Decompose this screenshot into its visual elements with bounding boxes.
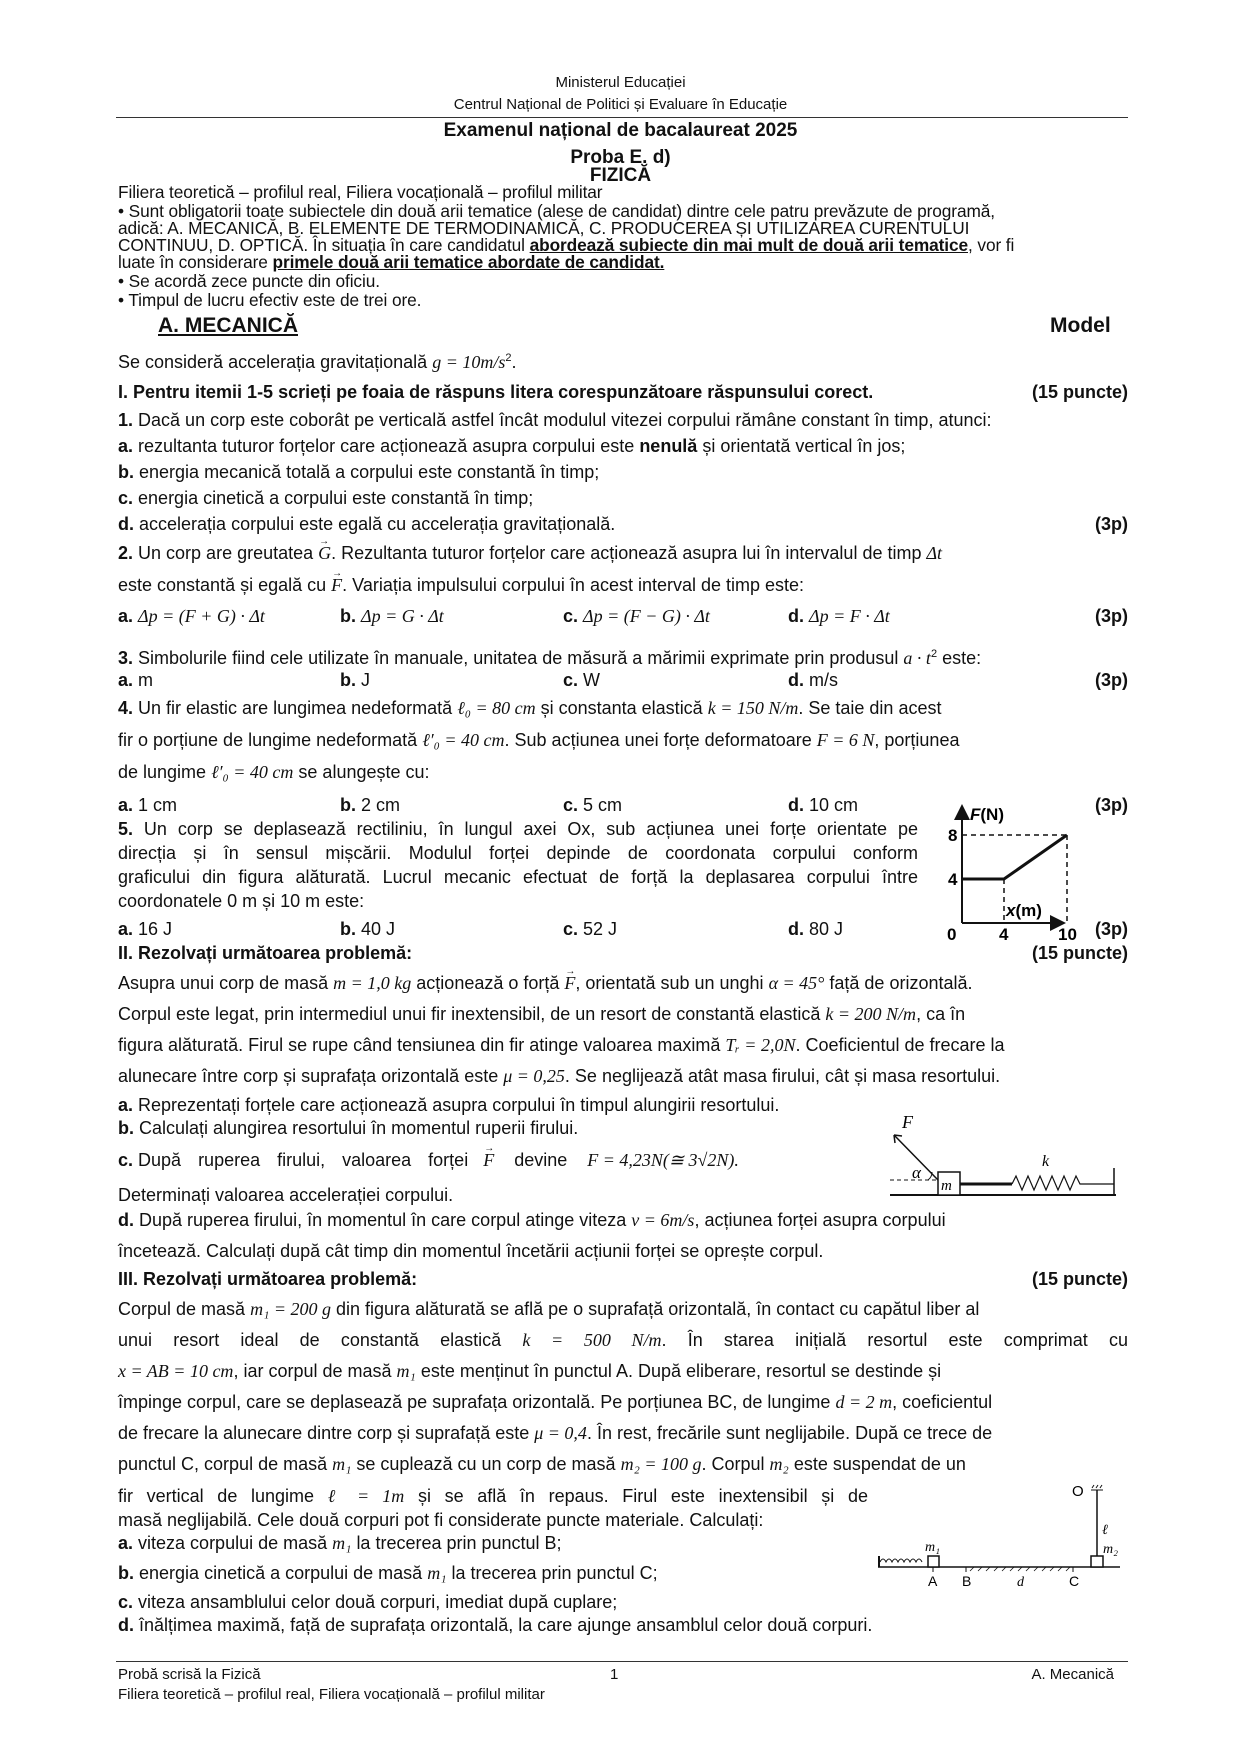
item-text: energia cinetică a corpului de masă: [139, 1563, 422, 1583]
option-letter: a.: [118, 436, 133, 456]
part-heading-text: Rezolvați următoarea problemă:: [143, 1269, 417, 1289]
p2-item-c: c. După ruperea firului, valoarea forței…: [118, 1150, 858, 1170]
m2-label: m₂: [1103, 1542, 1118, 1557]
option-letter: c.: [118, 488, 133, 508]
option-text: energia cinetică a corpului este constan…: [138, 488, 533, 508]
force-formula: F = 6 N: [817, 730, 875, 750]
p3-intro-4: împinge corpul, care se deplasează pe su…: [118, 1392, 1128, 1412]
option-text: W: [583, 670, 600, 690]
part-heading-text: Rezolvați următoarea problemă:: [138, 943, 412, 963]
profile-line: Filiera teoretică – profilul real, Filie…: [118, 184, 1128, 201]
option-letter: b.: [118, 462, 134, 482]
given-text: Se consideră accelerația gravitațională: [118, 352, 427, 372]
part-points: (15 puncte): [1032, 943, 1128, 963]
q1-option-b: b. energia mecanică totală a corpului es…: [118, 462, 1128, 482]
problem-text: și se află în repaus. Firul este inexten…: [418, 1486, 868, 1506]
mass-symbol: m₁: [332, 1454, 351, 1474]
mass-symbol: m₁: [427, 1563, 446, 1583]
problem-text: de frecare la alunecare dintre corp și s…: [118, 1423, 529, 1443]
p2-intro-1: Asupra unui corp de masă m = 1,0 kg acți…: [118, 973, 1128, 993]
point-C-label: C: [1069, 1573, 1079, 1589]
item-text: , acțiunea forței asupra corpului: [694, 1210, 945, 1230]
question-points: (3p): [1095, 670, 1128, 690]
option-text: m/s: [809, 670, 838, 690]
exam-title: Examenul național de bacalaureat 2025: [0, 121, 1241, 140]
question-points: (3p): [1095, 795, 1128, 815]
option-letter: d.: [788, 670, 804, 690]
header-divider: [116, 117, 1128, 118]
rules-emphasis: primele două arii tematice abordate de c…: [273, 252, 665, 272]
question-text: este constantă și egală cu: [118, 575, 326, 595]
model-tag: Model: [1050, 314, 1111, 338]
q1-option-c: c. energia cinetică a corpului este cons…: [118, 488, 1128, 508]
q3-text: 3. Simbolurile fiind cele utilizate în m…: [118, 644, 1128, 668]
length-formula: ℓ = 1m: [328, 1486, 405, 1506]
force-label: F: [901, 1112, 914, 1132]
footer-line-1: Probă scrisă la Fizică 1 A. Mecanică: [118, 1666, 1128, 1683]
vector-F: F: [331, 575, 342, 595]
length-formula: ℓ₀ = 80 cm: [457, 698, 535, 718]
problem-text: se cuplează cu un corp de masă: [356, 1454, 615, 1474]
block-m1: [928, 1556, 939, 1567]
rules-text: , vor fi: [968, 235, 1014, 255]
part-points: (15 puncte): [1032, 1269, 1128, 1289]
problem-text: este suspendat de un: [794, 1454, 966, 1474]
exam-page: Ministerul Educației Centrul Național de…: [0, 0, 1241, 1755]
spring-label: k: [1042, 1153, 1050, 1170]
origin-label: 0: [947, 925, 956, 940]
item-text: devine: [514, 1150, 567, 1170]
problem-text: față de orizontală.: [829, 973, 972, 993]
q5-line-2: direcția și în sensul mișcării. Modulul …: [118, 843, 918, 863]
vector-F: F: [564, 973, 575, 993]
svg-text:10: 10: [1058, 925, 1077, 940]
question-text: . Rezultanta tuturor forțelor care acțio…: [331, 543, 921, 563]
question-text: Un corp are greutatea: [138, 543, 313, 563]
question-number: 3.: [118, 648, 133, 668]
question-text: , porțiunea: [874, 730, 959, 750]
item-letter: c.: [118, 1150, 133, 1170]
q1-option-a: a. rezultanta tuturor forțelor care acți…: [118, 436, 1128, 456]
item-text: Reprezentați forțele care acționează asu…: [138, 1095, 779, 1115]
pendulum-collision-figure: O ℓ m₁ m₂ A B d C: [870, 1478, 1120, 1598]
option-text: 16 J: [138, 919, 172, 939]
footer-divider: [116, 1661, 1128, 1662]
item-letter: c.: [118, 1592, 133, 1612]
problem-text: . În rest, frecările sunt neglijabile. D…: [587, 1423, 992, 1443]
question-number: 1.: [118, 410, 133, 430]
exponent: 2: [505, 352, 511, 364]
option-text: și orientată vertical în jos;: [697, 436, 905, 456]
option-text: J: [361, 670, 370, 690]
part-number: III.: [118, 1269, 138, 1289]
option-text: accelerația corpului este egală cu accel…: [139, 514, 615, 534]
p3-intro-2: unui resort ideal de constantă elastică …: [118, 1330, 1128, 1350]
mass-label: m: [941, 1178, 952, 1194]
k-formula: k = 500 N/m: [522, 1330, 661, 1350]
mass-formula: m = 1,0 kg: [333, 973, 411, 993]
length-label: ℓ: [1102, 1523, 1108, 1538]
mass-formula: m₁ = 200 g: [250, 1299, 331, 1319]
item-text: la trecerea prin punctul C;: [451, 1563, 657, 1583]
option-text: rezultanta tuturor forțelor care acțione…: [138, 436, 639, 456]
part-heading-text: Pentru itemii 1-5 scrieți pe foaia de ră…: [133, 382, 873, 402]
option-formula: Δp = (F + G) · Δt: [138, 606, 265, 626]
svg-text:8: 8: [948, 826, 957, 845]
problem-text: Corpul de masă: [118, 1299, 245, 1319]
q2-line-1: 2. Un corp are greutatea G. Rezultanta t…: [118, 543, 1128, 563]
q4-line-2: fir o porțiune de lungime nedeformată ℓ′…: [118, 730, 1128, 750]
question-text: . Sub acțiunea unei forțe deformatoare: [505, 730, 812, 750]
svg-text:4: 4: [948, 870, 958, 889]
p2-intro-2: Corpul este legat, prin intermediul unui…: [118, 1004, 1128, 1024]
p3-intro-7: fir vertical de lungime ℓ = 1m și se afl…: [118, 1486, 868, 1506]
distance-label: d: [1017, 1575, 1025, 1590]
problem-text: alunecare între corp și suprafața orizon…: [118, 1066, 498, 1086]
question-points: (3p): [1095, 919, 1128, 939]
option-letter: b.: [340, 795, 356, 815]
part3-heading: III. Rezolvați următoarea problemă: (15 …: [118, 1269, 1128, 1289]
mass-symbol: m₁: [332, 1533, 351, 1553]
velocity-formula: v = 6m/s: [631, 1210, 694, 1230]
angle-label: α: [912, 1163, 922, 1182]
question-number: 5.: [118, 819, 133, 839]
question-points: (3p): [1095, 514, 1128, 534]
problem-text: fir vertical de lungime: [118, 1486, 314, 1506]
problem-text: este menținut în punctul A. După elibera…: [421, 1361, 941, 1381]
force-value-formula: F = 4,23N(≅ 3√2N).: [587, 1150, 739, 1170]
option-formula: Δp = F · Δt: [809, 606, 890, 626]
option-letter: c.: [563, 919, 578, 939]
svg-text:4: 4: [999, 925, 1009, 940]
y-axis-label: F(N): [970, 805, 1004, 824]
footer-exam-label: Probă scrisă la Fizică: [118, 1666, 261, 1683]
part-number: I.: [118, 382, 128, 402]
gravity-given: Se consideră accelerația gravitațională …: [118, 348, 1128, 372]
option-text: energia mecanică totală a corpului este …: [139, 462, 599, 482]
length-formula: ℓ′₀ = 40 cm: [211, 762, 293, 782]
k-formula: k = 150 N/m: [708, 698, 799, 718]
item-letter: b.: [118, 1118, 134, 1138]
item-text: Calculați alungirea resortului în moment…: [139, 1118, 578, 1138]
block-spring-figure: α F m k: [880, 1108, 1120, 1204]
q5-line-3: graficului din figura alăturată. Lucrul …: [118, 867, 918, 887]
option-letter: c.: [563, 795, 578, 815]
problem-text: . În starea inițială resortul este compr…: [662, 1330, 1128, 1350]
p2-intro-3: figura alăturată. Firul se rupe când ten…: [118, 1035, 1128, 1055]
option-letter: d.: [788, 795, 804, 815]
friction-formula: μ = 0,4: [534, 1423, 587, 1443]
question-text: Un corp se deplasează rectiliniu, în lun…: [144, 819, 918, 839]
part2-heading: II. Rezolvați următoarea problemă: (15 p…: [118, 943, 1128, 963]
ministry-name: Ministerul Educației: [0, 74, 1241, 91]
problem-text: împinge corpul, care se deplasează pe su…: [118, 1392, 830, 1412]
option-letter: a.: [118, 606, 133, 626]
option-letter: d.: [788, 919, 804, 939]
mass-symbol: m₂: [770, 1454, 789, 1474]
p3-intro-6: punctul C, corpul de masă m₁ se cuplează…: [118, 1454, 1128, 1474]
question-text: fir o porțiune de lungime nedeformată: [118, 730, 417, 750]
question-text: Un fir elastic are lungimea nedeformată: [138, 698, 452, 718]
option-text: 2 cm: [361, 795, 400, 815]
problem-text: din figura alăturată se află pe o supraf…: [336, 1299, 979, 1319]
compression-formula: x = AB = 10 cm: [118, 1361, 233, 1381]
rules-text: luate în considerare: [118, 252, 273, 272]
rules-points: • Se acordă zece puncte din oficiu.: [118, 273, 1128, 290]
option-text: 52 J: [583, 919, 617, 939]
part1-heading: I. Pentru itemii 1-5 scrieți pe foaia de…: [118, 382, 1128, 402]
item-text: viteza ansamblului celor două corpuri, i…: [138, 1592, 617, 1612]
problem-text: . Corpul: [701, 1454, 764, 1474]
item-text: la trecerea prin punctul B;: [356, 1533, 561, 1553]
option-letter: b.: [340, 919, 356, 939]
option-text: 40 J: [361, 919, 395, 939]
question-number: 4.: [118, 698, 133, 718]
mass-formula: m₂ = 100 g: [621, 1454, 702, 1474]
q5-line-1: 5. Un corp se deplasează rectiliniu, în …: [118, 819, 918, 839]
item-letter: d.: [118, 1615, 134, 1635]
delta-t: Δt: [926, 543, 942, 563]
question-text: Simbolurile fiind cele utilizate în manu…: [138, 648, 898, 668]
force-position-graph: F(N) x(m) 0 48410: [930, 798, 1080, 940]
tension-formula: Tᵣ = 2,0N: [725, 1035, 795, 1055]
item-text: înălțimea maximă, față de suprafața oriz…: [139, 1615, 872, 1635]
friction-formula: μ = 0,25: [503, 1066, 565, 1086]
problem-text: figura alăturată. Firul se rupe când ten…: [118, 1035, 720, 1055]
question-text: și constanta elastică: [541, 698, 703, 718]
option-text: 1 cm: [138, 795, 177, 815]
question-number: 2.: [118, 543, 133, 563]
p3-intro-1: Corpul de masă m₁ = 200 g din figura ală…: [118, 1299, 1128, 1319]
option-letter: d.: [118, 514, 134, 534]
problem-text: acționează o forță: [416, 973, 559, 993]
product-formula: a · t: [903, 648, 931, 668]
option-text: 10 cm: [809, 795, 858, 815]
rules-line-4: luate în considerare primele două arii t…: [118, 254, 1128, 271]
q4-line-1: 4. Un fir elastic are lungimea nedeforma…: [118, 698, 1128, 718]
gravity-formula: g = 10m/s: [432, 352, 505, 372]
spring-icon: [880, 1559, 922, 1562]
option-letter: d.: [788, 606, 804, 626]
part-points: (15 puncte): [1032, 382, 1128, 402]
x-axis-label: x(m): [1005, 901, 1042, 920]
option-text: 80 J: [809, 919, 843, 939]
problem-text: . Se neglijează atât masa firului, cât ș…: [565, 1066, 1000, 1086]
footer-profile: Filiera teoretică – profilul real, Filie…: [118, 1686, 1128, 1703]
spring-icon: [1012, 1176, 1114, 1190]
question-text: este:: [942, 648, 981, 668]
option-formula: Δp = G · Δt: [361, 606, 444, 626]
vector-F: F: [483, 1150, 494, 1170]
option-letter: b.: [340, 670, 356, 690]
problem-text: unui resort ideal de constantă elastică: [118, 1330, 501, 1350]
part-number: II.: [118, 943, 133, 963]
p3-intro-5: de frecare la alunecare dintre corp și s…: [118, 1423, 1128, 1443]
m1-label: m₁: [925, 1540, 940, 1555]
page-number: 1: [610, 1666, 618, 1683]
rules-time: • Timpul de lucru efectiv este de trei o…: [118, 292, 1128, 309]
q1-text: 1. Dacă un corp este coborât pe vertical…: [118, 410, 1128, 430]
option-formula: Δp = (F − G) · Δt: [583, 606, 710, 626]
p2-item-d: d. După ruperea firului, în momentul în …: [118, 1210, 1128, 1230]
problem-text: , iar corpul de masă: [233, 1361, 391, 1381]
point-B-label: B: [962, 1573, 971, 1589]
problem-text: punctul C, corpul de masă: [118, 1454, 327, 1474]
question-text: se alungește cu:: [298, 762, 429, 782]
mass-symbol: m₁: [397, 1361, 416, 1381]
problem-text: , ca în: [916, 1004, 965, 1024]
angle-formula: α = 45°: [769, 973, 825, 993]
p3-intro-3: x = AB = 10 cm, iar corpul de masă m₁ es…: [118, 1361, 1128, 1381]
q2-line-2: este constantă și egală cu F. Variația i…: [118, 575, 1128, 595]
point-A-label: A: [928, 1573, 938, 1589]
item-text: După ruperea firului, valoarea forței: [138, 1150, 468, 1170]
problem-text: Asupra unui corp de masă: [118, 973, 328, 993]
question-points: (3p): [1095, 606, 1128, 626]
p2-item-d-2: încetează. Calculați după cât timp din m…: [118, 1241, 1128, 1261]
problem-text: , orientată sub un unghi: [575, 973, 763, 993]
ceiling-mount: [1091, 1485, 1103, 1490]
question-text: Dacă un corp este coborât pe verticală a…: [138, 410, 991, 430]
item-text: După ruperea firului, în momentul în car…: [139, 1210, 626, 1230]
block-m2: [1091, 1556, 1103, 1567]
center-name: Centrul Național de Politici și Evaluare…: [0, 96, 1241, 113]
option-letter: a.: [118, 919, 133, 939]
item-letter: a.: [118, 1533, 133, 1553]
option-letter: a.: [118, 670, 133, 690]
distance-formula: d = 2 m: [835, 1392, 892, 1412]
option-letter: b.: [340, 606, 356, 626]
option-letter: c.: [563, 606, 578, 626]
p2-intro-4: alunecare între corp și suprafața orizon…: [118, 1066, 1128, 1086]
item-letter: d.: [118, 1210, 134, 1230]
p3-item-d: d. înălțimea maximă, față de suprafața o…: [118, 1615, 1128, 1635]
pivot-label: O: [1072, 1483, 1084, 1500]
length-formula: ℓ′₀ = 40 cm: [422, 730, 504, 750]
question-text: . Variația impulsului corpului în acest …: [342, 575, 804, 595]
question-text: de lungime: [118, 762, 206, 782]
option-text: m: [138, 670, 153, 690]
q4-line-3: de lungime ℓ′₀ = 40 cm se alungește cu:: [118, 762, 1128, 782]
item-letter: b.: [118, 1563, 134, 1583]
option-emphasis: nenulă: [639, 436, 697, 456]
vector-G: G: [318, 543, 331, 563]
option-letter: c.: [563, 670, 578, 690]
exponent: 2: [931, 648, 937, 660]
item-letter: a.: [118, 1095, 133, 1115]
q1-option-d: d. accelerația corpului este egală cu ac…: [118, 514, 1128, 534]
problem-text: Corpul este legat, prin intermediul unui…: [118, 1004, 820, 1024]
question-text: . Se taie din acest: [798, 698, 941, 718]
footer-section-label: A. Mecanică: [1031, 1666, 1114, 1683]
problem-text: . Coeficientul de frecare la: [795, 1035, 1004, 1055]
option-text: 5 cm: [583, 795, 622, 815]
k-formula: k = 200 N/m: [825, 1004, 916, 1024]
option-letter: a.: [118, 795, 133, 815]
section-title: A. MECANICĂ: [158, 314, 298, 338]
problem-text: , coeficientul: [892, 1392, 992, 1412]
item-text: viteza corpului de masă: [138, 1533, 327, 1553]
